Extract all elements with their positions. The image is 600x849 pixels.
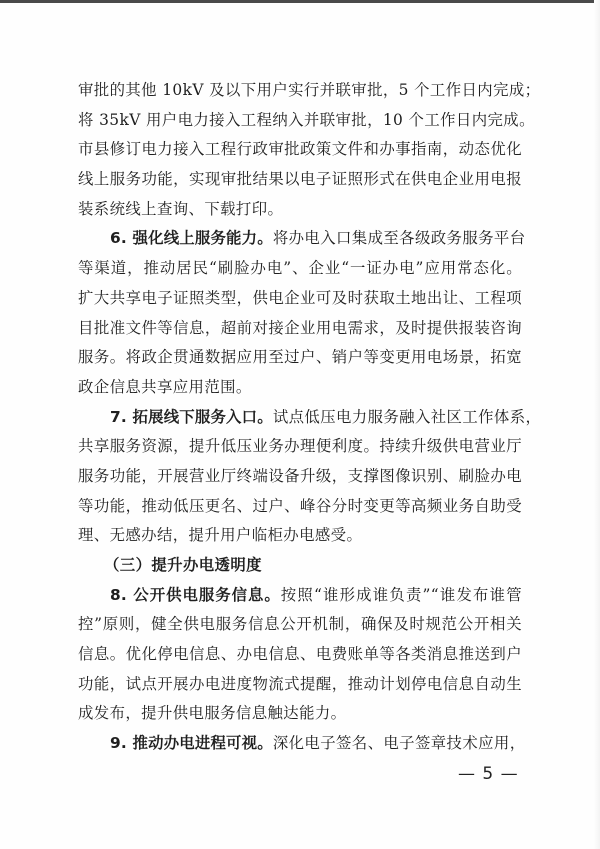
text-line: 7. 拓展线下服务入口。试点低压电力服务融入社区工作体系， xyxy=(78,403,522,433)
item-text: 深化电子签名、电子签章技术应用， xyxy=(273,734,526,752)
section-heading: （三）提升办电透明度 xyxy=(78,551,522,581)
item-title: 7. 拓展线下服务入口。 xyxy=(110,408,273,426)
text-line: 9. 推动办电进程可视。深化电子签名、电子签章技术应用， xyxy=(78,729,522,759)
paragraph-item-9: 9. 推动办电进程可视。深化电子签名、电子签章技术应用， xyxy=(78,729,522,759)
text-line: 信息。优化停电信息、办电信息、电费账单等各类消息推送到户 xyxy=(78,640,522,670)
text-line: 服务。将政企贯通数据应用至过户、销户等变更用电场景，拓宽 xyxy=(78,343,522,373)
text-line: 8. 公开供电服务信息。按照“谁形成谁负责”“谁发布谁管 xyxy=(78,581,522,611)
item-title: 8. 公开供电服务信息。 xyxy=(110,586,281,604)
text-line: 等渠道，推动居民“刷脸办电”、企业“一证办电”应用常态化。 xyxy=(78,254,522,284)
text-line: 将 35kV 用户电力接入工程纳入并联审批，10 个工作日内完成。 xyxy=(78,106,522,136)
text-line: 装系统线上查询、下载打印。 xyxy=(78,195,522,225)
text-line: 市县修订电力接入工程行政审批政策文件和办事指南，动态优化 xyxy=(78,135,522,165)
text-line: 控”原则，健全供电服务信息公开机制，确保及时规范公开相关 xyxy=(78,610,522,640)
paragraph-continued: 审批的其他 10kV 及以下用户实行并联审批，5 个工作日内完成； 将 35kV… xyxy=(78,76,522,224)
scan-top-border xyxy=(0,0,600,3)
text-line: 理、无感办结，提升用户临柜办电感受。 xyxy=(78,521,522,551)
paragraph-item-7: 7. 拓展线下服务入口。试点低压电力服务融入社区工作体系， 共享服务资源，提升低… xyxy=(78,403,522,551)
text-line: 服务功能，开展营业厅终端设备升级，支撑图像识别、刷脸办电 xyxy=(78,462,522,492)
paragraph-item-6: 6. 强化线上服务能力。将办电入口集成至各级政务服务平台 等渠道，推动居民“刷脸… xyxy=(78,224,522,402)
item-text: 试点低压电力服务融入社区工作体系， xyxy=(273,408,541,426)
text-line: 成发布，提升供电服务信息触达能力。 xyxy=(78,699,522,729)
item-text: 按照“谁形成谁负责”“谁发布谁管 xyxy=(281,586,522,604)
text-line: 扩大共享电子证照类型，供电企业可及时获取土地出让、工程项 xyxy=(78,284,522,314)
text-line: 6. 强化线上服务能力。将办电入口集成至各级政务服务平台 xyxy=(78,224,522,254)
text-line: 政企信息共享应用范围。 xyxy=(78,373,522,403)
text-line: 审批的其他 10kV 及以下用户实行并联审批，5 个工作日内完成； xyxy=(78,76,522,106)
text-line: 目批准文件等信息，超前对接企业用电需求，及时提供报装咨询 xyxy=(78,314,522,344)
page-number: — 5 — xyxy=(458,764,519,784)
scan-edge-shade xyxy=(594,0,600,849)
item-text: 将办电入口集成至各级政务服务平台 xyxy=(273,229,526,247)
document-page: 审批的其他 10kV 及以下用户实行并联审批，5 个工作日内完成； 将 35kV… xyxy=(78,76,522,759)
text-line: 线上服务功能，实现审批结果以电子证照形式在供电企业用电报 xyxy=(78,165,522,195)
text-line: 等功能，推动低压更名、过户、峰谷分时变更等高频业务自助受 xyxy=(78,492,522,522)
item-title: 6. 强化线上服务能力。 xyxy=(110,229,273,247)
text-line: 功能，试点开展办电进度物流式提醒，推动计划停电信息自动生 xyxy=(78,670,522,700)
text-line: 共享服务资源，提升低压业务办理便利度。持续升级供电营业厅 xyxy=(78,432,522,462)
item-title: 9. 推动办电进程可视。 xyxy=(110,734,273,752)
paragraph-item-8: 8. 公开供电服务信息。按照“谁形成谁负责”“谁发布谁管 控”原则，健全供电服务… xyxy=(78,581,522,729)
